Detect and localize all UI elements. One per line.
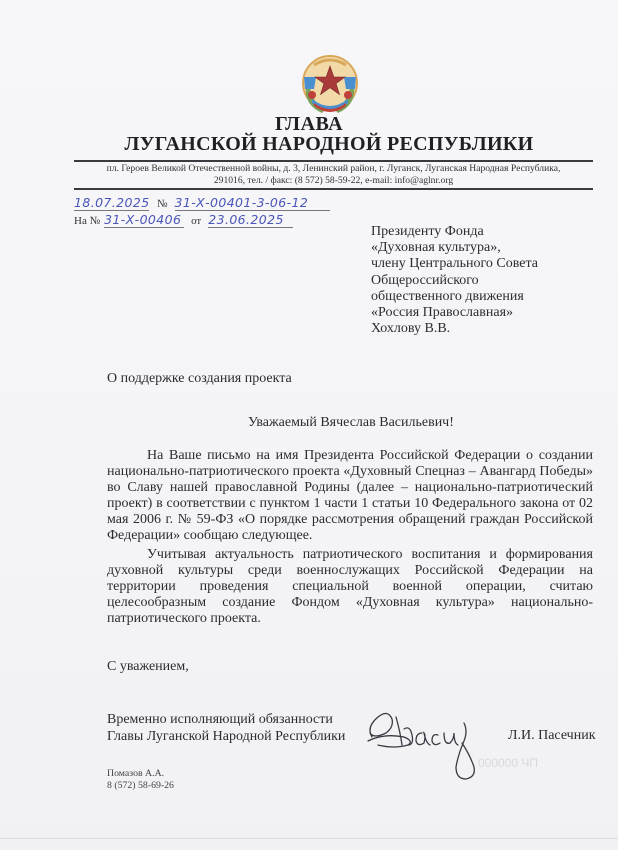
salutation: Уважаемый Вячеслав Васильевич! xyxy=(0,415,618,431)
letterhead-address-line1: пл. Героев Великой Отечественной войны, … xyxy=(74,163,593,175)
incoming-date: 23.06.2025 xyxy=(208,212,293,228)
signatory-role: Временно исполняющий обязанности Главы Л… xyxy=(107,711,345,745)
body-paragraph-1: На Ваше письмо на имя Президента Российс… xyxy=(107,448,593,545)
reply-label: На № xyxy=(74,215,100,227)
letterhead-top-rule xyxy=(74,160,593,162)
addressee-line: Президенту Фонда xyxy=(371,224,601,240)
lnr-coat-of-arms-icon xyxy=(300,53,360,117)
outgoing-number: 31-Х-00401-3-06-12 xyxy=(175,195,330,211)
outgoing-date: 18.07.2025 xyxy=(74,195,149,211)
addressee-block: Президенту Фонда «Духовная культура», чл… xyxy=(371,224,601,337)
executor-phone: 8 (572) 58-69-26 xyxy=(107,780,174,792)
incoming-registration: На № 31-Х-00406 от 23.06.2025 xyxy=(74,211,293,229)
incoming-number: 31-Х-00406 xyxy=(104,212,184,228)
letterhead-bottom-rule xyxy=(74,188,593,190)
letterhead-address-line2: 291016, тел. / факс: (8 572) 58-59-22, e… xyxy=(74,175,593,187)
letter-page: ГЛАВА ЛУГАНСКОЙ НАРОДНОЙ РЕСПУБЛИКИ пл. … xyxy=(0,0,618,850)
page-fold-line xyxy=(0,838,618,839)
addressee-line: Хохлову В.В. xyxy=(371,321,601,337)
addressee-line: «Россия Православная» xyxy=(371,305,601,321)
addressee-line: Общероссийского xyxy=(371,273,601,289)
letter-subject: О поддержке создания проекта xyxy=(107,371,292,387)
bleed-through-text: 000000 ЧП xyxy=(478,756,538,770)
executor-block: Помазов А.А. 8 (572) 58-69-26 xyxy=(107,768,174,792)
number-label: № xyxy=(157,198,168,210)
handwritten-signature-icon xyxy=(364,703,480,783)
signatory-name: Л.И. Пасечник xyxy=(508,728,596,744)
outgoing-registration: 18.07.2025 № 31-Х-00401-3-06-12 xyxy=(74,194,330,212)
from-label: от xyxy=(191,215,201,227)
body-paragraph-2: Учитывая актуальность патриотического во… xyxy=(107,547,593,627)
addressee-line: «Духовная культура», xyxy=(371,240,601,256)
signatory-role-line1: Временно исполняющий обязанности xyxy=(107,711,345,728)
executor-name: Помазов А.А. xyxy=(107,768,174,780)
addressee-line: члену Центрального Совета xyxy=(371,256,601,272)
letterhead-title-line2: ЛУГАНСКОЙ НАРОДНОЙ РЕСПУБЛИКИ xyxy=(40,133,618,156)
addressee-line: общественного движения xyxy=(371,289,601,305)
closing: С уважением, xyxy=(107,659,189,675)
signatory-role-line2: Главы Луганской Народной Республики xyxy=(107,728,345,745)
